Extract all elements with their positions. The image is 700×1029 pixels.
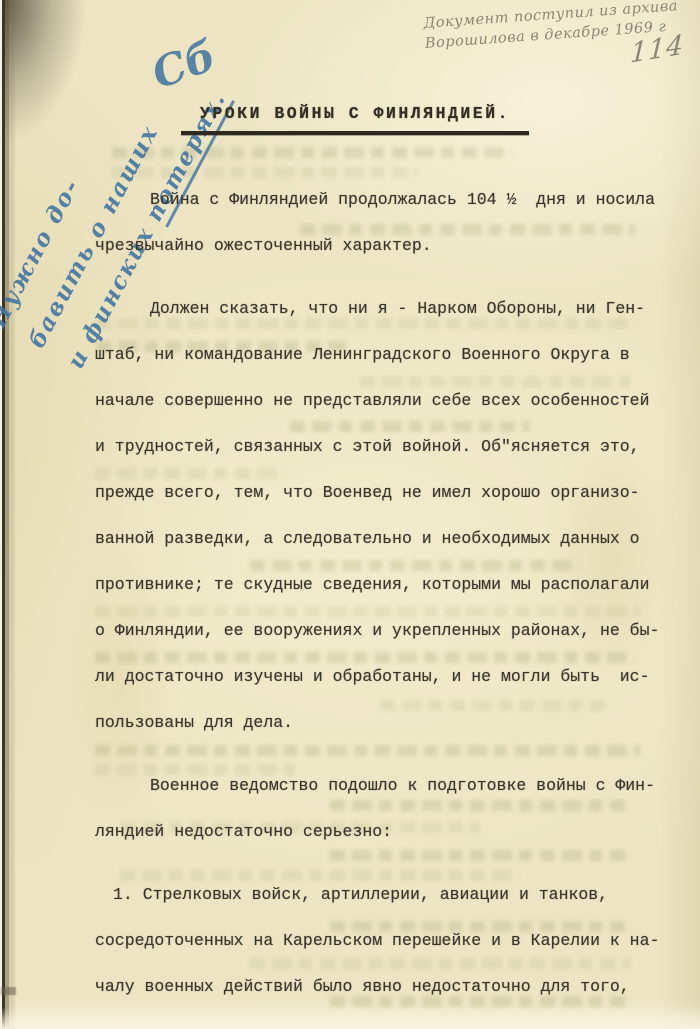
bleed-through-line (330, 800, 630, 811)
body-line: Должен сказать, что ни я - Нарком Оборон… (150, 299, 645, 318)
scanned-document-page: Документ поступил из архива Ворошилова в… (0, 0, 700, 1029)
bleed-through-line (95, 764, 295, 775)
body-line: ли достаточно изучены и обработаны, и не… (95, 667, 650, 686)
bleed-through-line (330, 850, 630, 861)
bleed-through-line (96, 318, 636, 329)
bleed-through-line (380, 700, 610, 711)
bleed-through-line (360, 376, 630, 387)
scan-left-edge (0, 0, 16, 1029)
bleed-through-line (250, 958, 630, 969)
bleed-through-line (95, 745, 640, 756)
body-line: и трудностей, связанных с этой войной. О… (95, 437, 640, 456)
body-line: чалу военных действий было явно недостат… (95, 977, 630, 996)
bleed-through-line (120, 870, 520, 881)
bleed-through-line (290, 421, 530, 432)
body-line: начале совершенно не представляли себе в… (95, 391, 650, 410)
bleed-through-line (330, 996, 630, 1007)
body-line: Война с Финляндией продолжалась 104 ½ дн… (150, 190, 655, 209)
edge-print-fragment (1, 987, 16, 995)
body-line: Военное ведомство подошло к подготовке в… (150, 776, 655, 795)
body-line: прежде всего, тем, что Военвед не имел х… (95, 483, 640, 502)
document-title-underline: УРОКИ ВОЙНЫ С ФИНЛЯНДИЕЙ. (181, 104, 529, 135)
body-line: сосредоточенных на Карельском перешейке … (95, 931, 659, 950)
bleed-through-line (250, 560, 580, 571)
body-line: пользованы для дела. (95, 713, 293, 732)
body-line: ляндией недостаточно серьезно: (95, 822, 392, 841)
bleed-through-line (300, 224, 635, 235)
body-line: штаб, ни командование Ленинградского Вое… (95, 345, 630, 364)
body-line: чрезвычайно ожесточенный характер. (95, 236, 432, 255)
bleed-through-line (95, 652, 635, 663)
body-line: ванной разведки, а следовательно и необх… (95, 529, 640, 548)
body-line: о Финляндии, ее вооружениях и укрепленны… (95, 621, 659, 640)
document-title: УРОКИ ВОЙНЫ С ФИНЛЯНДИЕЙ. (200, 104, 510, 123)
body-line: противнике; те скудные сведения, которым… (95, 575, 650, 594)
body-line: 1. Стрелковых войск, артиллерии, авиации… (113, 885, 608, 904)
bleed-through-line (95, 468, 285, 479)
bleed-through-line (95, 606, 640, 617)
scan-bottom-edge (0, 1007, 700, 1029)
